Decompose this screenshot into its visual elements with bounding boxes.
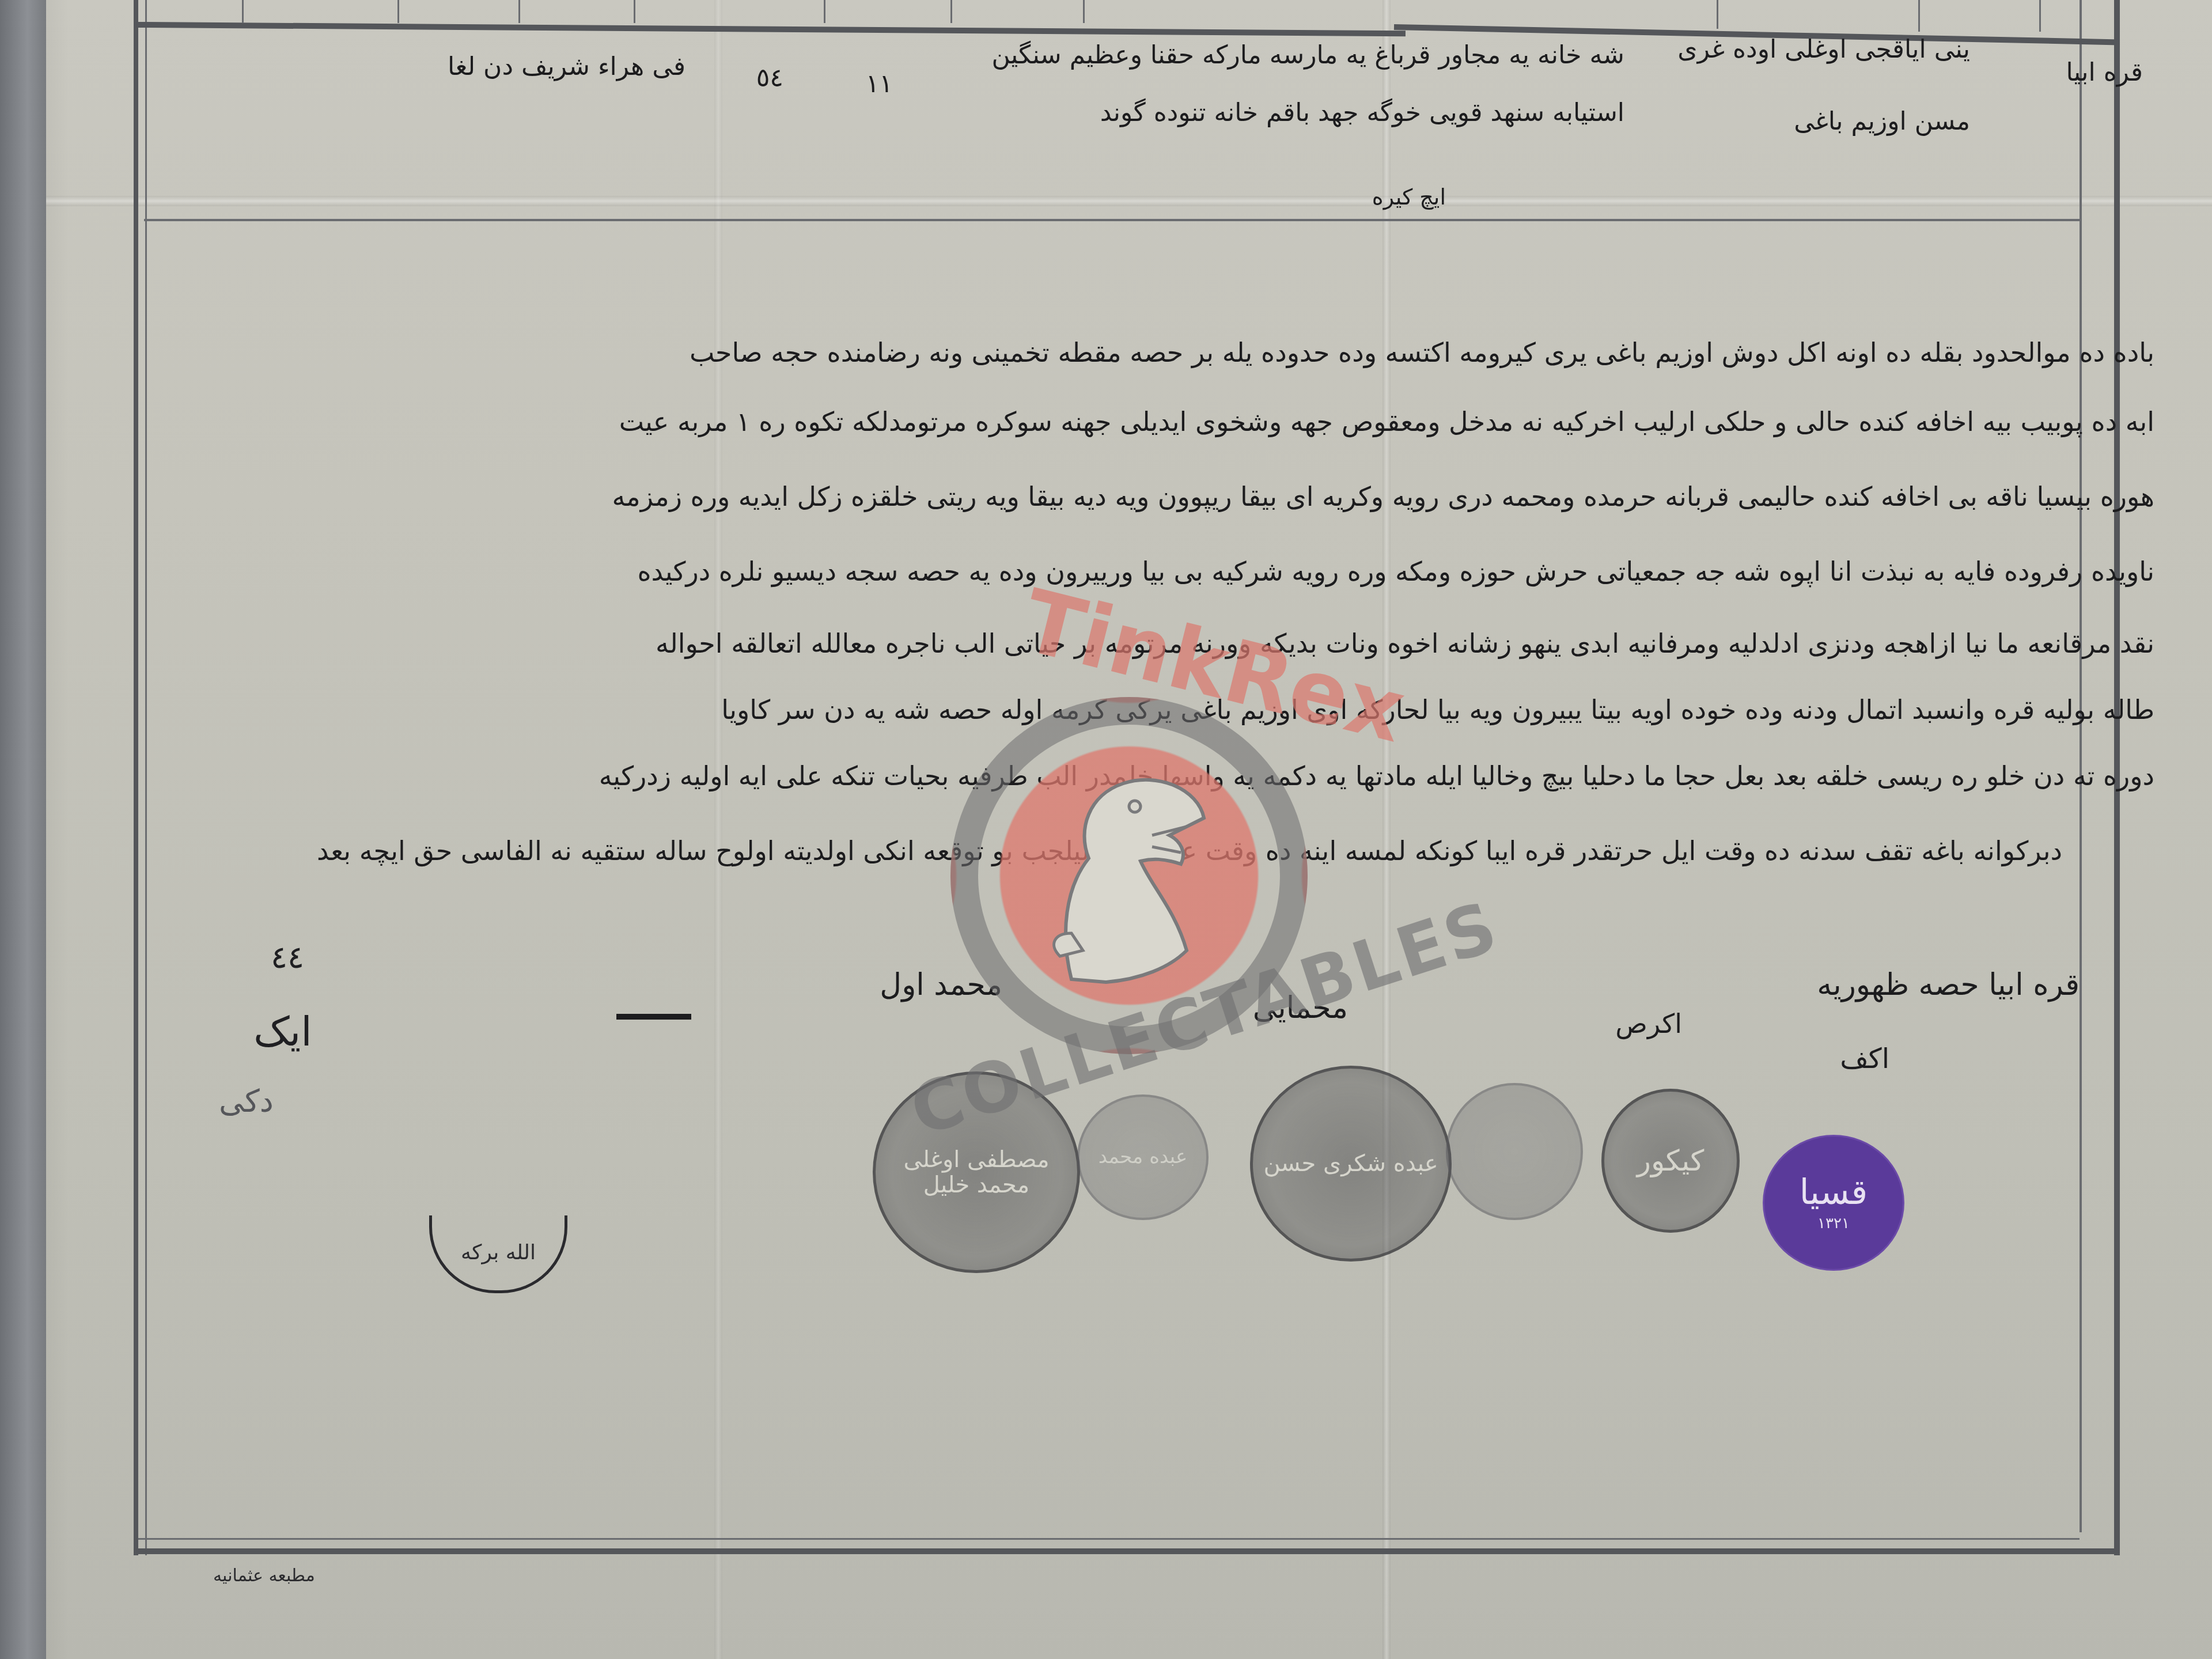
- body-line-5: نقد مرقانعه ما نیا ازاهجه ودنزی ادلدلیه …: [656, 628, 2154, 659]
- ink-seal: [1446, 1083, 1583, 1220]
- dash-mark: [616, 1014, 691, 1020]
- signature-center: محمایی: [1253, 991, 1348, 1025]
- header-column-divider: [1918, 0, 1920, 32]
- ink-seal: کیکور: [1601, 1089, 1740, 1233]
- document-paper: [46, 0, 2212, 1659]
- body-line-2: ابه ده پوبیب بیه اخافه کنده حالی و حلکی …: [619, 406, 2154, 437]
- header-cell-type: مسن اوزیم باغی: [1794, 107, 1970, 136]
- header-column-divider: [634, 0, 635, 23]
- header-cell-boundaries: شه خانه یه مجاور قرباغ یه مارسه مارکه حق…: [992, 40, 1624, 70]
- header-column-divider: [397, 0, 399, 23]
- signature-center-left: محمد اول: [880, 968, 1002, 1002]
- bottom-border-rule: [138, 1548, 2120, 1554]
- seal-year: ١٣٢١: [1800, 1215, 1868, 1232]
- header-cell-owner: ینی ایاقجی اوغلی اوده غری: [1677, 35, 1970, 64]
- header-column-divider: [950, 0, 952, 23]
- printer-imprint: مطبعه عثمانیه: [213, 1566, 315, 1586]
- body-line-1: باده ده موالحدود بقله ده اونه اکل دوش او…: [690, 337, 2154, 368]
- horizontal-fold: [46, 196, 2212, 206]
- margin-note-2: ایک: [253, 1008, 312, 1055]
- header-column-divider: [824, 0, 825, 23]
- body-line-8: دبرکوانه باغه تقف سدنه ده وقت ایل حرتقدر…: [317, 835, 2062, 866]
- ink-seal: عبده محمد: [1077, 1094, 1209, 1220]
- seal-inscription: قسیا: [1800, 1172, 1868, 1213]
- signature-center-right: اکرص: [1615, 1008, 1682, 1039]
- purple-seal: قسیا ١٣٢١: [1763, 1135, 1904, 1271]
- ink-seal: مصطفی اوغلی محمد خلیل: [873, 1071, 1080, 1273]
- body-line-4: ناویده رفروده فایه به نبذت انا اپوه شه ج…: [637, 556, 2154, 587]
- vertical-fold: [714, 0, 722, 1659]
- body-line-3: هوره بیسیا ناقه بی اخافه کنده حالیمی قرب…: [612, 481, 2154, 512]
- left-inner-rule: [145, 0, 147, 1555]
- header-column-divider: [2039, 0, 2041, 32]
- seal-inscription: کیکور: [1637, 1145, 1704, 1177]
- header-column-divider: [1083, 0, 1085, 23]
- margin-note-3: دکی: [219, 1083, 274, 1119]
- signature-right-lower: اکف: [1840, 1043, 1889, 1075]
- header-column-divider: [1717, 0, 1718, 29]
- seal-inscription: الله برکه: [461, 1241, 536, 1264]
- header-cell-location: قره ابیا: [2066, 58, 2143, 87]
- signature-right: قره ابیا حصه ظهوریه: [1817, 968, 2080, 1002]
- vertical-fold: [1382, 0, 1391, 1659]
- section-divider: [144, 219, 2080, 221]
- seal-inscription: عبده محمد: [1099, 1146, 1188, 1168]
- header-cell-date: فی هراء شریف دن لغا: [448, 52, 685, 81]
- header-cell-area: ٥٤: [756, 63, 783, 93]
- header-note: ایچ کیره: [1372, 184, 1446, 210]
- header-column-divider: [242, 0, 244, 23]
- ink-seal: عبده شکری حسن: [1250, 1066, 1452, 1262]
- margin-note-1: ٤٤: [271, 939, 304, 975]
- left-border-rule: [134, 0, 138, 1555]
- header-cell-number: ١١: [866, 69, 893, 99]
- seal-inscription: عبده شکری حسن: [1263, 1151, 1438, 1176]
- bottom-inner-rule: [138, 1538, 2080, 1540]
- body-line-7: دوره ته دن خلو ره ریسی خلقه بعد بعل حجا …: [599, 760, 2154, 791]
- header-column-divider: [518, 0, 520, 23]
- body-line-6: طاله بولیه قره وانسبد اتمال ودنه وده خود…: [721, 694, 2154, 725]
- seal-inscription: مصطفی اوغلی محمد خلیل: [876, 1147, 1077, 1198]
- header-cell-boundaries-2: استیابه سنهد قویی خوگه جهد باقم خانه تنو…: [1100, 98, 1624, 127]
